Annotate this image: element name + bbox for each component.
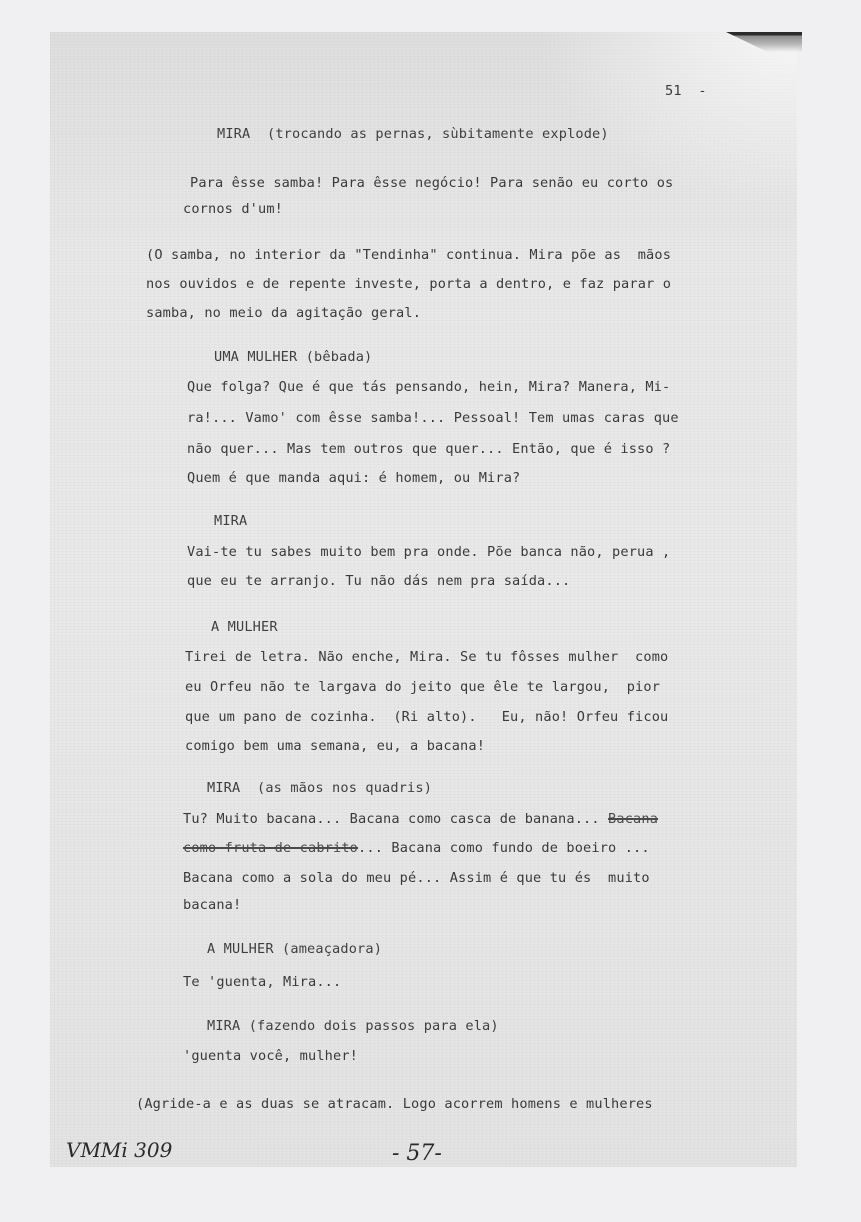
speaker-name: A MULHER xyxy=(207,941,274,957)
dialogue-line: Bacana como a sola do meu pé... Assim é … xyxy=(183,863,650,893)
dialogue-line: eu Orfeu não te largava do jeito que êle… xyxy=(185,672,660,702)
dialogue-line: Te 'guenta, Mira... xyxy=(183,967,341,997)
dialogue-line: ra!... Vamo' com êsse samba!... Pessoal!… xyxy=(187,403,679,433)
dialogue-line: bacana! xyxy=(183,890,241,920)
scan-background: 51 - MIRA (trocando as pernas, sùbitamen… xyxy=(0,0,861,1222)
stage-direction-line: samba, no meio da agitação geral. xyxy=(146,298,421,328)
dialogue-line: Que folga? Que é que tás pensando, hein,… xyxy=(187,372,670,402)
dialogue-line: que eu te arranjo. Tu não dás nem pra sa… xyxy=(187,566,570,596)
dialogue-line: Tirei de letra. Não enche, Mira. Se tu f… xyxy=(185,642,668,672)
stage-direction-line: (O samba, no interior da "Tendinha" cont… xyxy=(146,240,671,270)
dialogue-line: Tu? Muito bacana... Bacana como casca de… xyxy=(183,804,658,834)
typewritten-page xyxy=(50,32,797,1167)
stage-direction: (bêbada) xyxy=(306,349,373,365)
speaker-name: UMA MULHER xyxy=(214,349,297,365)
dialogue-line: que um pano de cozinha. (Ri alto). Eu, n… xyxy=(185,702,668,732)
struck-through-text: Bacana xyxy=(608,811,658,827)
handwritten-page-number: - 57- xyxy=(392,1141,442,1166)
dialogue-line: Quem é que manda aqui: é homem, ou Mira? xyxy=(187,463,520,493)
stage-direction: (fazendo dois passos para ela) xyxy=(249,1018,499,1034)
struck-through-text: como fruta de cabrito xyxy=(183,840,358,856)
speaker-name: MIRA xyxy=(207,780,240,796)
speaker-heading: MIRA xyxy=(214,506,247,536)
speaker-heading: A MULHER xyxy=(211,612,278,642)
speaker-name: MIRA xyxy=(207,1018,240,1034)
typed-page-number: 51 - xyxy=(665,76,707,106)
speaker-heading: UMA MULHER (bêbada) xyxy=(214,342,372,372)
dialogue-line: comigo bem uma semana, eu, a bacana! xyxy=(185,731,485,761)
dialogue-line: não quer... Mas tem outros que quer... E… xyxy=(187,434,670,464)
dialogue-line: 'guenta você, mulher! xyxy=(183,1041,358,1071)
handwritten-reference: VMMi 309 xyxy=(66,1138,172,1162)
stage-direction: (ameaçadora) xyxy=(282,941,382,957)
stage-direction: (trocando as pernas, sùbitamente explode… xyxy=(267,126,609,142)
speaker-heading: MIRA (as mãos nos quadris) xyxy=(207,773,432,803)
stage-direction-line: (Agride-a e as duas se atracam. Logo aco… xyxy=(136,1089,653,1119)
stage-direction-line: nos ouvidos e de repente investe, porta … xyxy=(146,269,671,299)
dialogue-line: cornos d'um! xyxy=(183,194,283,224)
speaker-heading: A MULHER (ameaçadora) xyxy=(207,934,382,964)
speaker-heading: MIRA (fazendo dois passos para ela) xyxy=(207,1011,499,1041)
stage-direction: (as mãos nos quadris) xyxy=(257,780,432,796)
dialogue-line: como fruta de cabrito... Bacana como fun… xyxy=(183,833,650,863)
speaker-name: MIRA xyxy=(217,126,250,142)
dialogue-line: Vai-te tu sabes muito bem pra onde. Põe … xyxy=(187,537,670,567)
speaker-heading: MIRA (trocando as pernas, sùbitamente ex… xyxy=(217,119,609,149)
